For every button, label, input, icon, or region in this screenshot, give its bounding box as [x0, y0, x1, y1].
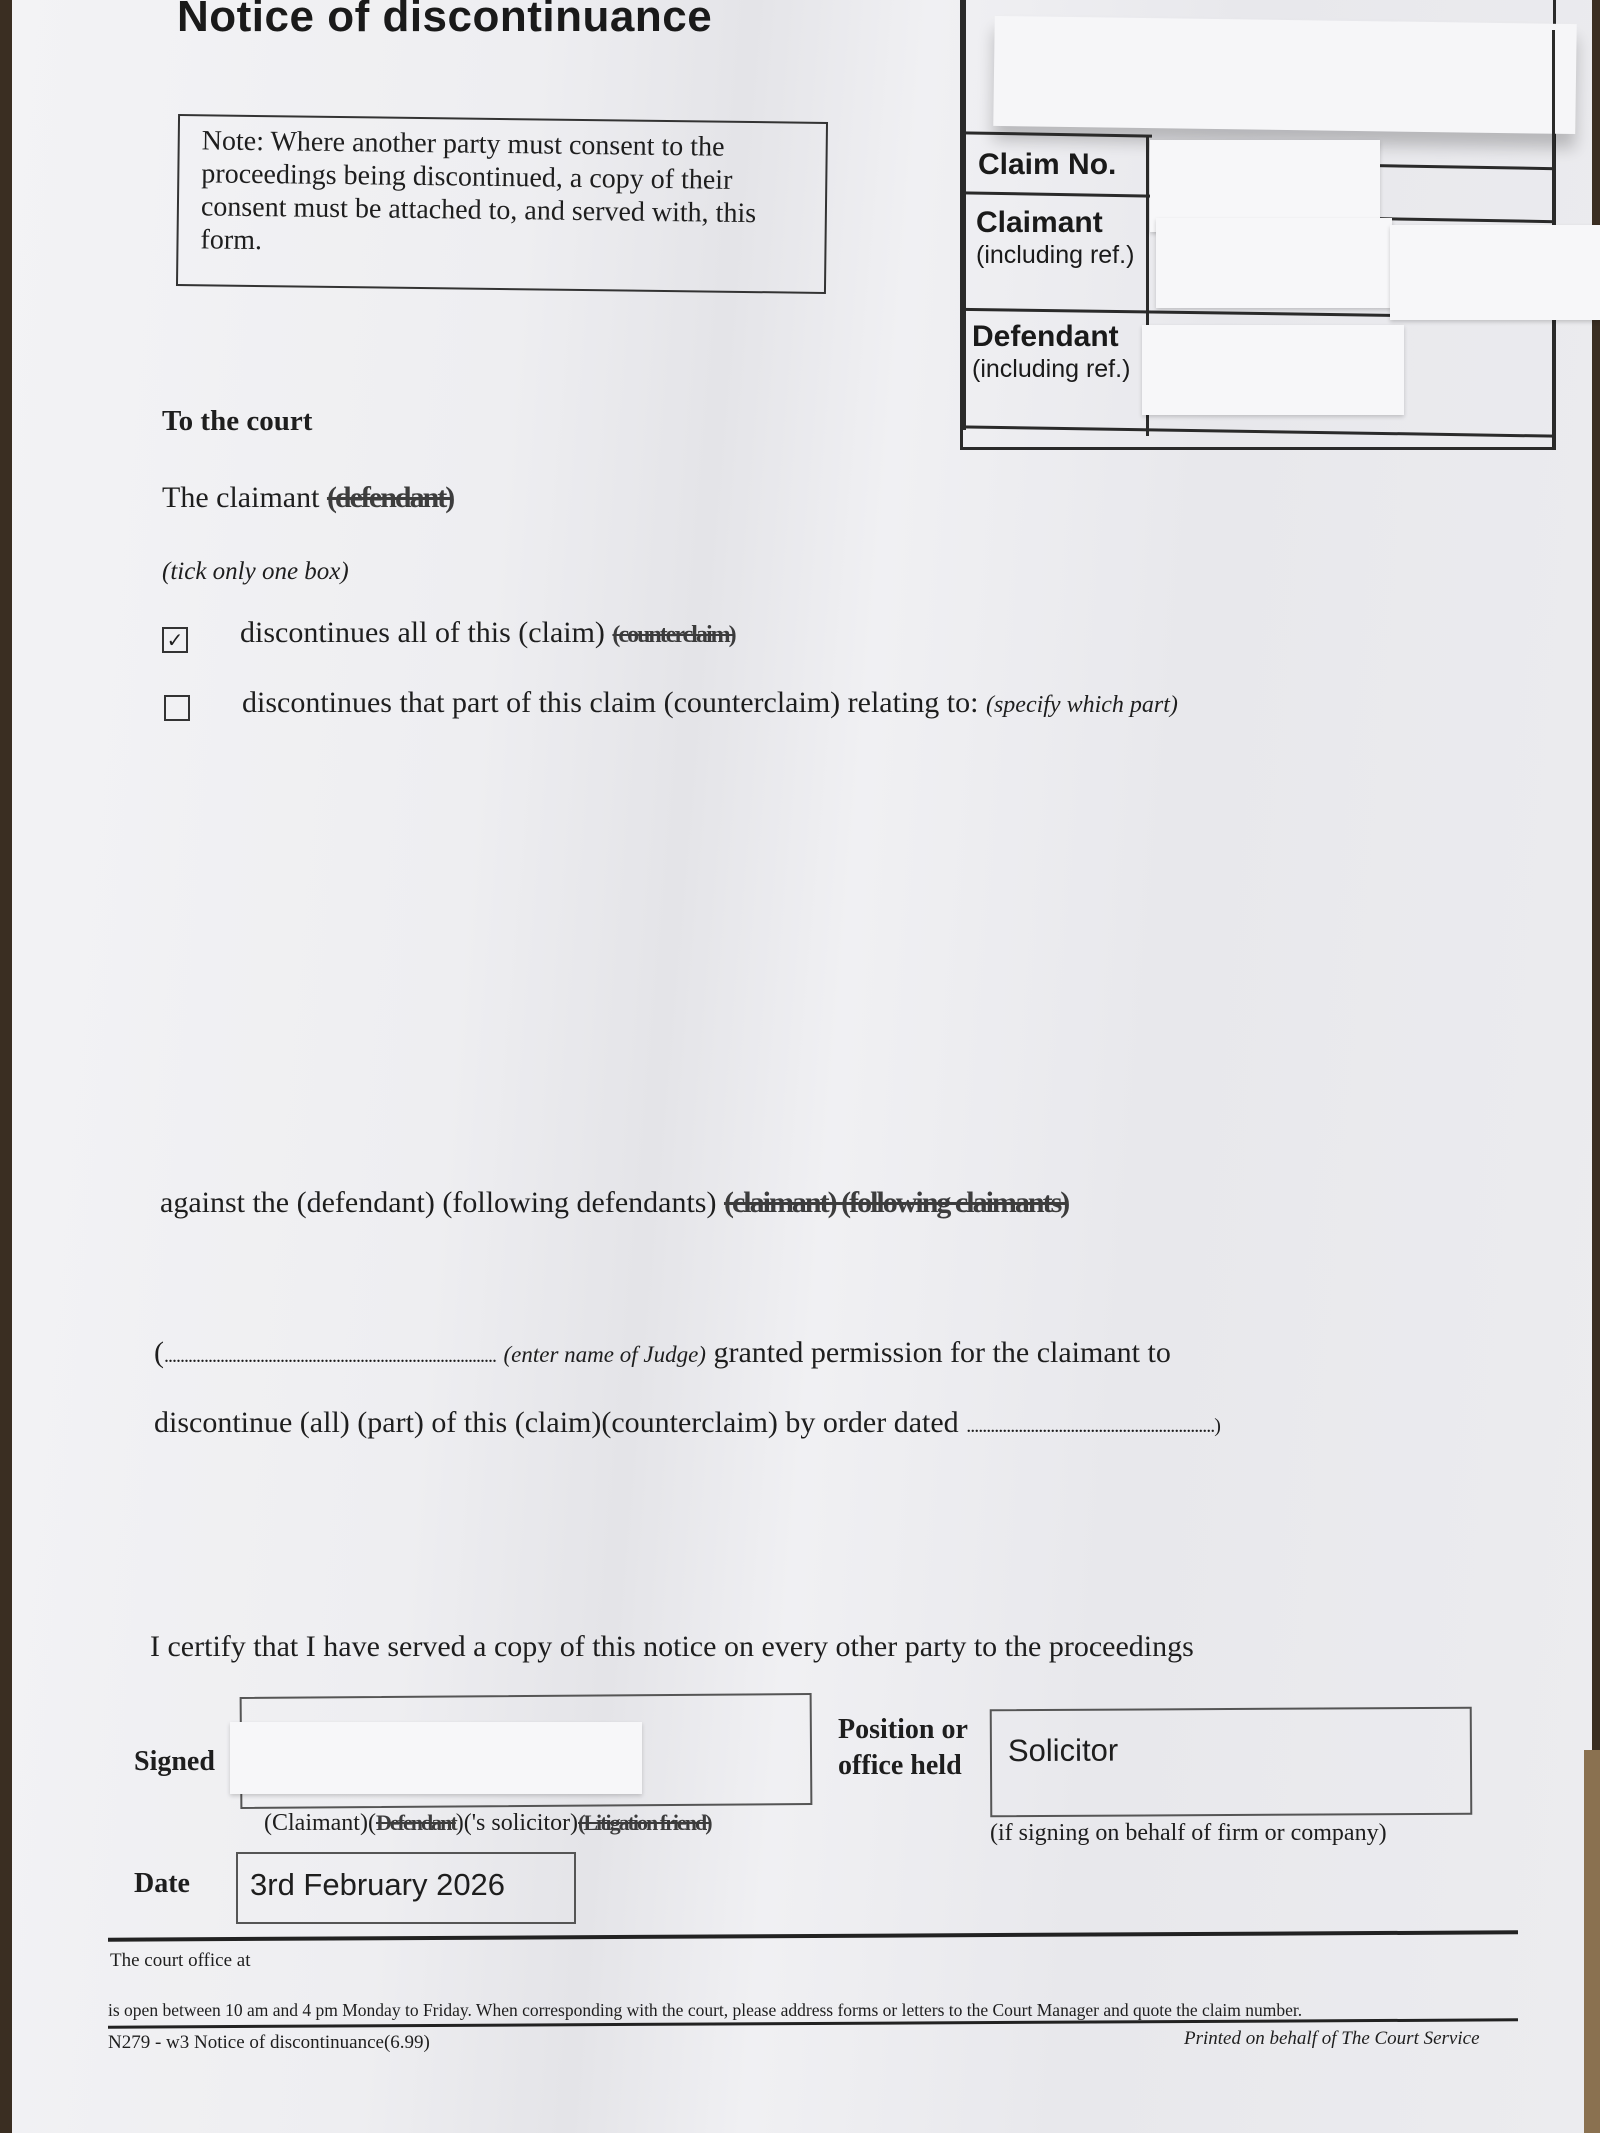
position-hint: (if signing on behalf of firm or company…: [990, 1820, 1387, 1847]
judge-name-field[interactable]: ........................................…: [164, 1345, 496, 1367]
position-value: Solicitor: [1008, 1733, 1118, 1770]
footer-rule-top: [108, 1930, 1518, 1941]
court-office-label: The court office at: [110, 1950, 251, 1972]
order-dated-line: discontinue (all) (part) of this (claim)…: [154, 1406, 1220, 1440]
checkbox-discontinue-all[interactable]: ✓: [162, 627, 188, 653]
defendant-field[interactable]: [redacted]: [1142, 325, 1404, 415]
struck-counterclaim: (counterclaim): [612, 622, 734, 648]
signer-role: (Claimant)(Defendant)('s solicitor)(Liti…: [264, 1810, 711, 1837]
signature-redaction: [redacted]: [230, 1722, 642, 1794]
date-field[interactable]: 3rd February 2026: [236, 1852, 576, 1924]
struck-claimants: (claimant) (following claimants): [724, 1186, 1068, 1219]
document-title: Notice of discontinuance: [177, 0, 712, 42]
court-name-redaction: [redacted]: [993, 16, 1576, 134]
part-specification-area[interactable]: [162, 760, 1262, 1140]
claimant-label: Claimant (including ref.): [976, 206, 1134, 270]
claimant-ref-redaction: [1390, 225, 1600, 320]
date-value: 3rd February 2026: [250, 1867, 505, 1903]
claimant-statement: The claimant (defendant): [162, 481, 453, 515]
position-field[interactable]: Solicitor: [990, 1707, 1473, 1818]
claim-no-label: Claim No.: [978, 148, 1116, 182]
checkbox-discontinue-part[interactable]: [164, 695, 190, 721]
order-date-field[interactable]: ........................................…: [966, 1415, 1220, 1437]
tick-instruction: (tick only one box): [162, 558, 349, 586]
judge-hint: (enter name of Judge): [504, 1342, 706, 1367]
position-label: Position or office held: [838, 1712, 968, 1784]
claimant-field[interactable]: [redacted]: [1156, 218, 1392, 308]
struck-defendant: (defendant): [327, 481, 453, 514]
defendant-label: Defendant (including ref.): [972, 320, 1130, 384]
certification-statement: I certify that I have served a copy of t…: [150, 1630, 1194, 1664]
judge-permission-line: (.......................................…: [154, 1336, 1171, 1370]
document-page: Notice of discontinuance Note: Where ano…: [12, 0, 1592, 2133]
consent-note: Note: Where another party must consent t…: [176, 114, 828, 294]
specify-hint: (specify which part): [986, 692, 1178, 718]
printed-by: Printed on behalf of The Court Service: [1184, 2028, 1480, 2050]
court-office-hours: is open between 10 am and 4 pm Monday to…: [108, 2000, 1302, 2021]
signed-label: Signed: [134, 1746, 215, 1778]
against-line: against the (defendant) (following defen…: [160, 1186, 1068, 1220]
to-the-court-heading: To the court: [162, 405, 312, 438]
form-code: N279 - w3 Notice of discontinuance(6.99): [108, 2032, 430, 2054]
date-label: Date: [134, 1868, 190, 1900]
